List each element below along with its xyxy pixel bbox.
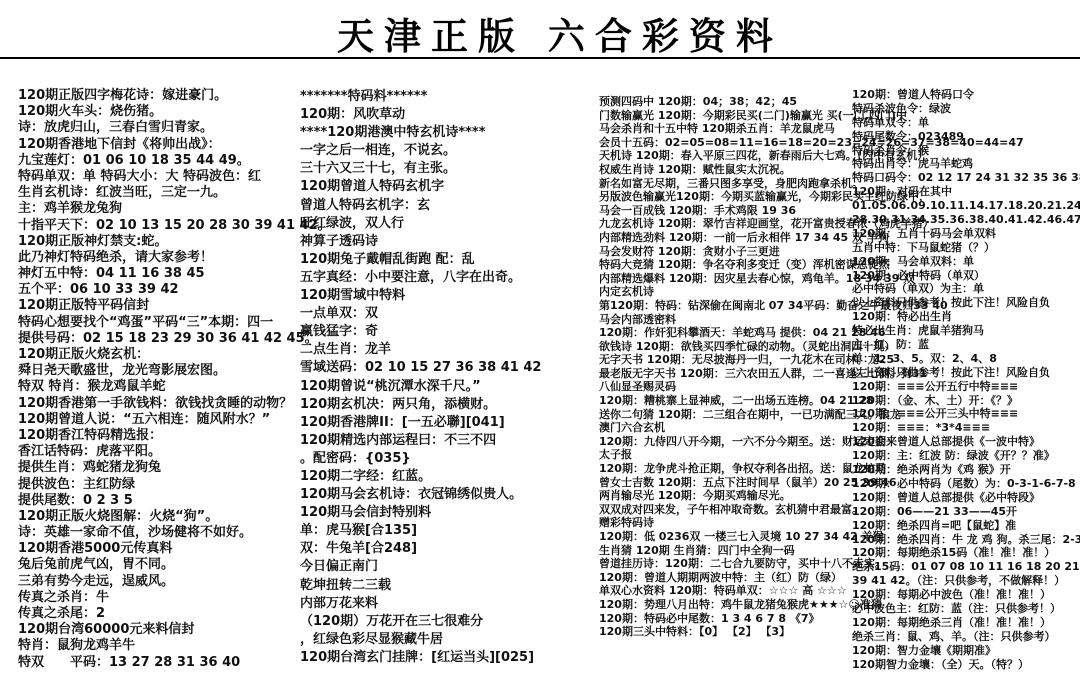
text-line: 120期：特必出生肖: [852, 310, 1078, 324]
text-line: 双双成对四来发，子午相冲取奇数。玄机猜中君最富。: [599, 503, 852, 517]
text-line: 120期：马会单双料：单: [852, 255, 1078, 269]
text-line: 雪域送码：02 10 15 27 36 38 41 42: [300, 359, 592, 377]
text-line: 120期：主：红波 防：绿波《开？？准》: [852, 449, 1078, 463]
text-line: 120期：绝杀两肖为《鸡 猴》开: [852, 463, 1078, 477]
text-line: 120期：龙争虎斗抢正期，争权夺利各出招。送：鼠龙蛇马: [599, 462, 852, 476]
text-line: 马会内部透密料: [599, 313, 852, 327]
text-line: 120期：每期绝杀15码（准！准！准！）: [852, 546, 1078, 560]
text-line: 120期香港牌II：[一五必聯][041]: [300, 414, 592, 432]
text-line: 120期：必中特码（单双）: [852, 269, 1078, 283]
text-line: 五个平：06 10 33 39 42: [18, 282, 296, 298]
text-line: 一点单双：双: [300, 305, 592, 323]
text-line: 十指平天下：02 10 13 15 20 28 30 39 41 42。: [18, 218, 296, 234]
text-line: 神灯五中特：04 11 16 38 45: [18, 266, 296, 282]
text-line: 120期正版火烧图解：火烧“狗”。: [18, 509, 296, 525]
text-line: 预测四码中 120期：04；38；42；45: [599, 95, 852, 109]
text-line: 120期：（金、木、土）开：《？》: [852, 394, 1078, 408]
text-line: 一字之后一相连，不说玄。: [300, 142, 592, 160]
text-line: 120期智力金壤：（全）天。（特？）: [852, 658, 1078, 672]
text-line: 今日偏正南门: [300, 558, 592, 576]
text-line: 120期三头中特料：【0】 【2】 【3】: [599, 625, 852, 639]
text-line: 双：牛兔羊[合248]: [300, 540, 592, 558]
text-line: 必中波色主：红防：蓝（注：只供参考！）: [852, 602, 1078, 616]
text-line: 特码大竞猜 120期：争名夺利多变迁（变）浑机密谋总徒然: [599, 258, 852, 272]
text-line: 120期：曾道人总部提供《必中特段》: [852, 491, 1078, 505]
text-line: 绝杀15码：01 07 08 10 11 16 18 20 21 28 30 3…: [852, 560, 1078, 574]
text-line: 九龙玄机诗 120期：翠竹吉祥迎画堂，花开富贵授春浓（鸡虎羊猪）: [599, 217, 852, 231]
text-line: 权威生肖诗 120期：赋性鼠实太沉祝。: [599, 163, 852, 177]
text-line: 主：鸡羊猴龙兔狗: [18, 201, 296, 217]
text-line: 香江话特码：虎落平阳。: [18, 444, 296, 460]
text-line: 120期雪域中特料: [300, 287, 592, 305]
text-line: 单：虎马猴[合135]: [300, 522, 592, 540]
text-line: 生肖玄机诗：红波当旺，三定一九。: [18, 185, 296, 201]
text-line: 九宝莲灯：01 06 10 18 35 44 49。: [18, 153, 296, 169]
text-line: 以上资料只供参考！按此下注！风险自负: [852, 366, 1078, 380]
text-line: 特码尾数令：023489: [852, 130, 1078, 144]
text-line: 此乃神灯特码绝杀，请大家参考！: [18, 250, 296, 266]
text-line: 120期香港第一手欲钱料：欲钱找贪睡的动物？: [18, 396, 296, 412]
text-line: 120期：必中特码（尾数）为：0-3-1-6-7-8: [852, 477, 1078, 491]
text-line: 120期香港地下信封《将帅出战》：: [18, 137, 296, 153]
text-line: 120期正版火烧玄机：: [18, 347, 296, 363]
text-line: 提供号码：02 15 18 23 29 30 36 41 42 45。: [18, 331, 296, 347]
text-line: 120期正版神灯禁支:蛇。: [18, 234, 296, 250]
text-line: 特码单双令：单: [852, 116, 1078, 130]
text-line: 三弟有势今走远，逞威风。: [18, 574, 296, 590]
text-line: 送你二句猜 120期：二三组合在期中，一已功满配三九。狼龙: [599, 408, 852, 422]
text-line: 特双 平码：13 27 28 31 36 40: [18, 655, 296, 671]
text-line: 120期：≡≡≡公开三头中特≡≡≡: [852, 407, 1078, 421]
text-line: 门数输赢光 120期：今期彩民买(二门)输赢光 买(一门,四门)中: [599, 109, 852, 123]
text-line: 120期香江特码精选报：: [18, 428, 296, 444]
text-line: 特必出生肖：虎鼠羊猪狗马: [852, 324, 1078, 338]
text-line: 诗：放虎归山，三春白雪归青家。: [18, 120, 296, 136]
text-line: 单：1、3、5。双：2、4、8: [852, 352, 1078, 366]
text-line: 120期：九侍四八开今期，一六不分今期至。送：财运定会来: [599, 435, 852, 449]
text-line: 120期：风吹草动: [300, 106, 592, 124]
text-line: 会员十五码：02=05=08=11=16=18=20=23=24=26=37=3…: [599, 136, 852, 150]
text-line: 120期台湾玄门挂牌：[红运当头][025]: [300, 649, 592, 667]
text-line: （120期）万花开在三七很难分: [300, 613, 592, 631]
text-line: 马会一百成钱 120期：手术鸡限 19 36: [599, 204, 852, 218]
text-line: 曾女士吉数 120期：五点下注时间早（鼠羊）20 25 39 46: [599, 476, 852, 490]
text-line: 提供波色：主红防绿: [18, 477, 296, 493]
text-line: 特码单双：单 特码大小：大 特码波色：红: [18, 169, 296, 185]
text-line: 特码心想要找个“鸡蛋”平码“三”本期：四一: [18, 315, 296, 331]
text-line: 120期玄机决：两只角，添横财。: [300, 396, 592, 414]
text-line: *******特码料******: [300, 88, 592, 106]
text-line: 无字天书 120期：无尽披海丹一归，一九花木在司林。龙25: [599, 353, 852, 367]
column-center-small: 预测四码中 120期：04；38；42；45门数输赢光 120期：今期彩民买(二…: [599, 95, 852, 639]
text-line: 120期火车头：烧伤猪。: [18, 104, 296, 120]
text-line: 马会发财符 120期：贪财小子三更进: [599, 245, 852, 259]
text-line: 120期曾道人说：“五六相连：随风附水？”: [18, 412, 296, 428]
text-line: 内部精选劲料 120期：一前一后永相伴 17 34 45 双 羊狗: [599, 231, 852, 245]
text-line: 120期精选内部运程曰：不三不四: [300, 432, 592, 450]
text-line: 旺红绿波，双人行: [300, 215, 592, 233]
text-line: 120期：糟桃寨上显神威，二一出场五连榜。04 21 28: [599, 394, 852, 408]
text-line: 必中特码（单双）为主：单: [852, 282, 1078, 296]
text-line: 二点生肖：龙羊: [300, 341, 592, 359]
text-line: 新名如富无尽期，三番只图多享受，身肥肉跑拿杀机。: [599, 177, 852, 191]
column-left-large: 120期正版四字梅花诗：嫁进豪门。120期火车头：烧伤猪。诗：放虎归山，三春白雪…: [18, 88, 296, 671]
column-right-small: 120期：曾道人特码口令特码杀波色令：绿波特码单双令：单特码尾数令：023489…: [852, 88, 1078, 671]
text-line: 乾坤扭转二三载: [300, 577, 592, 595]
text-line: 28.30.31.34.35.36.38.40.41.42.46.47.48: [852, 213, 1078, 227]
text-line: 单双心水资料 120期：特码单双：☆☆☆ 高 ☆☆☆: [599, 584, 852, 598]
text-line: 120期：绝杀四肖=吧【鼠蛇】准: [852, 519, 1078, 533]
text-line: 传真之杀肖：牛: [18, 590, 296, 606]
text-line: 120期：作奸犯科攀酒天：羊蛇鸡马 提供：04 21 28 46: [599, 326, 852, 340]
text-line: 120期：曾道人特码口令: [852, 88, 1078, 102]
text-line: 传真之杀尾：2: [18, 606, 296, 622]
text-line: ****120期港澳中特玄机诗****: [300, 124, 592, 142]
text-line: 三十六又三十七，有主张。: [300, 160, 592, 178]
text-line: 特双 特肖：猴龙鸡鼠羊蛇: [18, 379, 296, 395]
text-line: 天机诗 120期：春入平原三四花，新春雨后大七鸡。（内中有玄机）: [599, 149, 852, 163]
text-line: 曾道挂历诗：120期：二七合九要防守，买中十八不走实。: [599, 557, 852, 571]
text-line: 澳门六合玄机: [599, 421, 852, 435]
text-line: 120期：曾道人期期两波中特：主（红）防（绿）: [599, 571, 852, 585]
text-line: 120期曾道人特码玄机字: [300, 178, 592, 196]
text-line: 马会杀肖和十五中特 120期杀五肖：羊龙鼠虎马: [599, 122, 852, 136]
text-line: 120期：绝杀四肖：牛 龙 鸡 狗。杀三尾：2-3-6。[开？: [852, 533, 1078, 547]
text-line: 以上资料只供参考！按此下注！风险自负: [852, 296, 1078, 310]
text-line: 特码杀肖令：猴: [852, 144, 1078, 158]
text-line: 120期：每期必中波色（准！准！准！）: [852, 588, 1078, 602]
text-line: 太子报: [599, 448, 852, 462]
text-line: 五肖中特：下马鼠蛇猪（？）: [852, 241, 1078, 255]
text-line: 诗：英雄一家命不值，沙场健将不如好。: [18, 525, 296, 541]
text-line: 特码出肖令：虎马羊蛇鸡: [852, 157, 1078, 171]
column-center-large: *******特码料******120期：风吹草动****120期港澳中特玄机诗…: [300, 88, 592, 667]
text-line: 。配密码：{035}: [300, 450, 592, 468]
text-line: 两肖输尽光 120期：今期买鸡输尽光。: [599, 489, 852, 503]
text-line: 八仙显圣赐灵码: [599, 380, 852, 394]
text-line: 兔后兔前虎气凶，胃不同。: [18, 557, 296, 573]
text-line: 120期：势理八月出特：鸡牛鼠龙猪兔猴虎★★★☆☺准猜: [599, 598, 852, 612]
text-line: 欲钱诗 120期：欲钱买四季忙碌的动物。（灵蛇出洞四十现）: [599, 340, 852, 354]
text-line: 特肖：鼠狗龙鸡羊牛: [18, 638, 296, 654]
text-line: 120期正版特平码信封: [18, 298, 296, 314]
text-line: 120期兔子戴帽乱街跑 配：乱: [300, 251, 592, 269]
title-divider: [0, 57, 1080, 59]
text-line: 120期：≡≡≡：*3*4≡≡≡: [852, 421, 1078, 435]
text-line: 120期马会信封特别料: [300, 504, 592, 522]
text-line: 特码口码令：02 12 17 24 31 32 35 36 38 40 41 4…: [852, 171, 1078, 185]
text-line: 120期：曾道人总部提供《一波中特》: [852, 435, 1078, 449]
text-line: 内部万花来料: [300, 595, 592, 613]
text-line: ，红绿色彩尽显猴藏牛居: [300, 631, 592, 649]
text-line: 120期：≡≡≡公开五行中特≡≡≡: [852, 380, 1078, 394]
text-line: 120期曾说“桃沉潭水深千尺。”: [300, 378, 592, 396]
text-line: 提供尾数：0 2 3 5: [18, 493, 296, 509]
text-line: 120期：五肖十码马会单双料: [852, 227, 1078, 241]
text-line: 39 41 42。（注：只供参考，不做解释！）: [852, 574, 1078, 588]
text-line: 120期马会玄机诗：衣冠锦绣似贵人。: [300, 486, 592, 504]
text-line: 另版波色输赢光120期：今期买蓝输赢光，今期彩民买主红防绿中，: [599, 190, 852, 204]
text-line: 特码杀波色令：绿波: [852, 102, 1078, 116]
text-line: 曾道人特码玄机字：玄: [300, 197, 592, 215]
text-line: 提供生肖：鸡蛇猪龙狗兔: [18, 460, 296, 476]
text-line: 绝杀三肖：鼠、鸡、羊。（注：只供参考）: [852, 630, 1078, 644]
text-line: 赠彩特码诗: [599, 516, 852, 530]
text-line: 内定玄机诗: [599, 285, 852, 299]
text-line: 最老版无字天书 120期：三六农田五人群，二一喜逢三七测。狗31: [599, 367, 852, 381]
text-line: 赢钱猛字：奇: [300, 323, 592, 341]
page-title: 天津正版 六合彩资料: [60, 6, 1060, 54]
text-line: 五字真经：小中要注意，八字在出奇。: [300, 269, 592, 287]
text-line: 第120期：特码：钻深偷在闽南北 07 34平码：勤奋之牛最夜归33 40: [599, 299, 852, 313]
text-line: 内部精选爆料 120期：因灾星去春心惊，鸡龟羊。18 34 39 双: [599, 272, 852, 286]
lottery-info-sheet: 天津正版 六合彩资料 120期正版四字梅花诗：嫁进豪门。120期火车头：烧伤猪。…: [0, 0, 1080, 689]
text-line: 120期：每期绝杀三肖（准！准！准！）: [852, 616, 1078, 630]
text-line: 120期：智力金壤《期期准》: [852, 644, 1078, 658]
text-line: 01.05.06.09.10.11.14.17.18.20.21.24.25: [852, 199, 1078, 213]
text-line: 主：红、防：蓝: [852, 338, 1078, 352]
text-line: 120期：低 0236双 一楼三七入灵境 10 27 34 42 羊猴: [599, 530, 852, 544]
text-line: 120期：特码必中尾数：1 3 4 6 7 8 《7》: [599, 612, 852, 626]
text-line: 生肖猜 120期 生肖猜：四门中全狗一码: [599, 544, 852, 558]
text-line: 120期：对码在其中: [852, 185, 1078, 199]
text-line: 神算子透码诗: [300, 233, 592, 251]
text-line: 120期正版四字梅花诗：嫁进豪门。: [18, 88, 296, 104]
text-line: 120期台湾60000元来料信封: [18, 622, 296, 638]
text-line: 120期香港5000元传真料: [18, 541, 296, 557]
text-line: 舜日尧天歌盛世，龙光弯影展宏图。: [18, 363, 296, 379]
text-line: 120期二字经：红蓝。: [300, 468, 592, 486]
text-line: 120期：06——21 33——45开: [852, 505, 1078, 519]
